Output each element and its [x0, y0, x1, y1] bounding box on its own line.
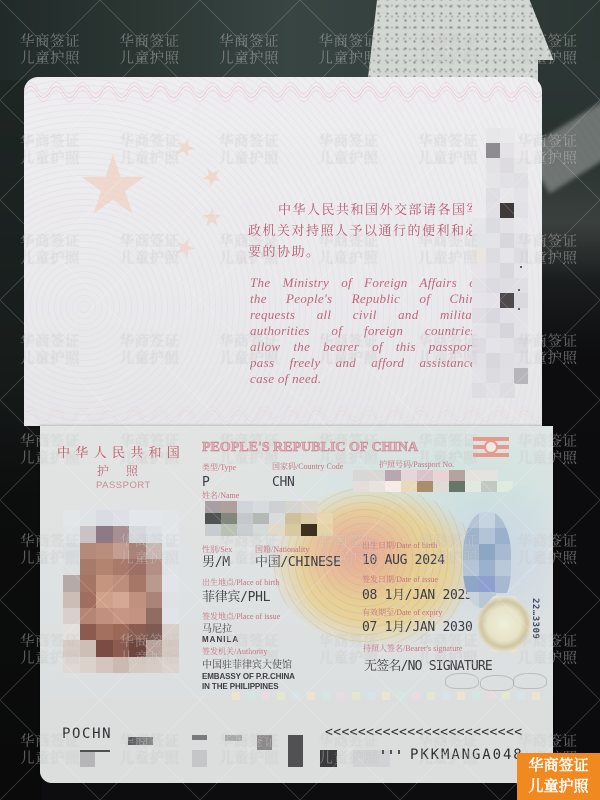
mosaic-cell — [129, 657, 146, 673]
mosaic-cell — [162, 559, 179, 576]
mosaic-cell — [514, 338, 528, 354]
hologram-tile — [307, 692, 315, 700]
mosaic-cell — [96, 575, 113, 592]
mosaic-cell — [472, 218, 487, 234]
mosaic-cell — [96, 608, 113, 625]
mosaic-cell — [162, 657, 179, 673]
mosaic-cell — [221, 524, 238, 536]
mosaic-cell — [385, 470, 402, 482]
mosaic-cell — [301, 524, 318, 536]
mosaic-cell — [237, 524, 254, 536]
mosaic-cell — [146, 575, 163, 592]
field-label-name: 姓名/Name — [202, 491, 239, 500]
mosaic-cell — [80, 640, 97, 657]
mosaic-cell — [472, 308, 487, 324]
mosaic-cell — [486, 308, 501, 324]
mosaic-cell — [514, 158, 528, 174]
hologram-tile — [367, 692, 375, 700]
mosaic-cell — [449, 470, 466, 482]
field-value-place-of-issue-zh: 马尼拉 — [202, 624, 232, 635]
mosaic-cell — [472, 353, 487, 369]
mosaic-cell — [96, 526, 113, 543]
mosaic-cell — [514, 353, 528, 369]
field-value-date-of-birth: 10 AUG 2024 — [362, 554, 445, 568]
mosaic-cell — [472, 368, 487, 384]
mosaic-cell — [129, 510, 146, 527]
mosaic-cell — [417, 481, 434, 492]
mosaic-cell — [500, 173, 515, 189]
mrz-redaction-block — [353, 750, 390, 767]
mosaic-cell — [497, 481, 513, 492]
field-value-date-of-expiry: 07 1月/JAN 2030 — [362, 621, 473, 635]
mosaic-cell — [162, 608, 179, 625]
hologram-tile — [232, 692, 240, 700]
mosaic-cell — [113, 575, 130, 592]
hologram-tile — [532, 692, 540, 700]
hologram-tile — [412, 692, 420, 700]
mosaic-cell — [500, 323, 515, 339]
mosaic-cell — [495, 560, 511, 577]
mrz-redaction-block — [192, 735, 207, 740]
mosaic-cell — [63, 559, 80, 576]
mosaic-cell — [162, 526, 179, 543]
mrz-tick-mark — [390, 750, 392, 754]
mosaic-cell — [495, 544, 511, 561]
mosaic-cell — [63, 575, 80, 592]
mosaic-cell — [472, 323, 487, 339]
mosaic-cell — [285, 513, 302, 525]
mosaic-cell — [146, 526, 163, 543]
mosaic-cell — [500, 368, 515, 384]
mosaic-cell — [113, 608, 130, 625]
mosaic-cell — [96, 624, 113, 641]
mosaic-cell — [401, 481, 418, 492]
mosaic-cell — [63, 510, 80, 527]
mosaic-cell — [80, 510, 97, 527]
mosaic-cell — [285, 524, 302, 536]
mosaic-cell — [514, 293, 528, 309]
field-label-sex: 性别/Sex — [202, 545, 232, 554]
name-pixelated — [205, 501, 333, 536]
field-value-authority-en: EMBASSY OF P.R.CHINA — [202, 672, 295, 682]
mosaic-cell — [63, 624, 80, 641]
mosaic-cell — [463, 512, 480, 529]
mosaic-cell — [146, 510, 163, 527]
mosaic-cell — [63, 608, 80, 625]
field-label-date-of-expiry: 有效期至/Date of expiry — [362, 608, 442, 617]
mosaic-cell — [472, 293, 487, 309]
mosaic-cell — [221, 501, 238, 513]
mosaic-cell — [514, 143, 528, 159]
mosaic-cell — [80, 543, 97, 560]
request-text-en-line: case of need. — [250, 371, 476, 386]
document-type-zh: 护照 — [97, 462, 155, 479]
hologram-tile — [247, 692, 255, 700]
field-label-signature: 持照人签名/Bearer's signature — [363, 644, 462, 653]
mosaic-cell — [113, 624, 130, 641]
mosaic-cell — [96, 543, 113, 560]
badge-line2: 儿童护照 — [517, 776, 600, 797]
mosaic-cell — [113, 526, 130, 543]
mosaic-cell — [129, 640, 146, 657]
mosaic-cell — [369, 481, 386, 492]
mosaic-cell — [514, 188, 528, 204]
passport-data-page: 中华人民共和国 PEOPLE'S REPUBLIC OF CHINA 护照 PA… — [40, 426, 553, 783]
mosaic-cell — [205, 513, 222, 525]
field-value-authority-zh: 中国驻菲律宾大使馆 — [202, 660, 292, 671]
mosaic-cell — [221, 513, 238, 525]
mosaic-cell — [486, 143, 501, 159]
request-text-en-line: pass freely and afford assistance — [250, 355, 476, 370]
mosaic-cell — [63, 640, 80, 657]
field-label-place-of-birth: 出生地点/Place of birth — [202, 578, 279, 587]
mosaic-cell — [514, 218, 528, 234]
mosaic-cell — [80, 575, 97, 592]
field-value-type: P — [202, 476, 210, 490]
passport-observation-page: 中华人民共和国外交部请各国军 政机关对持照人予以通行的便利和必 要的协助。 Th… — [24, 77, 542, 426]
mrz-tick-mark — [398, 750, 400, 754]
mosaic-cell — [129, 526, 146, 543]
mosaic-cell — [80, 559, 97, 576]
mosaic-cell — [500, 158, 515, 174]
mosaic-cell — [479, 576, 496, 593]
mosaic-cell — [96, 592, 113, 609]
mosaic-cell — [129, 543, 146, 560]
mosaic-cell — [481, 481, 498, 492]
mosaic-cell — [500, 383, 515, 398]
mrz-line1-prefix: POCHN — [62, 726, 112, 742]
mosaic-cell — [129, 592, 146, 609]
mrz-redaction-block — [128, 737, 153, 745]
field-label-date-of-issue: 签发日期/Date of issue — [362, 575, 438, 584]
mosaic-cell — [80, 657, 97, 673]
mosaic-cell — [486, 158, 501, 174]
mosaic-cell — [205, 524, 222, 536]
mosaic-cell — [317, 513, 333, 525]
hologram-tile — [487, 692, 495, 700]
hologram-tile — [262, 692, 270, 700]
mosaic-cell — [514, 203, 528, 219]
mosaic-cell — [472, 263, 487, 279]
mosaic-cell — [500, 218, 515, 234]
request-text-zh-line: 政机关对持照人予以通行的便利和必 — [248, 224, 480, 239]
field-label-authority: 签发机关/Authority — [202, 647, 267, 656]
pixelated-strip — [472, 128, 528, 398]
field-value-place-of-birth: 菲律宾/PHL — [202, 591, 270, 605]
mosaic-cell — [486, 203, 501, 219]
mosaic-cell — [486, 383, 501, 398]
guilloche-band-bottom — [24, 403, 542, 426]
hologram-tile — [517, 692, 525, 700]
field-value-place-of-issue-en: MANILA — [202, 635, 239, 645]
mosaic-cell — [96, 657, 113, 673]
mosaic-cell — [500, 188, 515, 204]
passport-no-pixelated — [353, 470, 513, 492]
mosaic-cell — [495, 576, 511, 593]
request-text-zh-line: 要的协助。 — [248, 245, 321, 260]
mosaic-cell — [63, 657, 80, 673]
mosaic-cell — [514, 368, 528, 384]
mosaic-cell — [463, 528, 480, 545]
request-text-en-line: The Ministry of Foreign Affairs o — [250, 275, 476, 290]
mosaic-cell — [481, 470, 498, 482]
hologram-vehicle-icon — [513, 673, 547, 689]
strip-dot — [520, 266, 522, 268]
mosaic-cell — [301, 513, 318, 525]
mosaic-cell — [113, 657, 130, 673]
mosaic-cell — [63, 526, 80, 543]
field-value-date-of-issue: 08 1月/JAN 2025 — [362, 589, 473, 603]
mosaic-cell — [146, 608, 163, 625]
mosaic-cell — [433, 470, 450, 482]
mosaic-cell — [146, 543, 163, 560]
ghost-image-pixelated — [463, 512, 511, 608]
request-text-zh-line: 中华人民共和国外交部请各国军 — [278, 203, 481, 218]
hologram-tile — [472, 692, 480, 700]
mrz-line1-filler: <<<<<<<<<<<<<<<<<<<<<<<< — [325, 725, 522, 740]
hologram-tile — [277, 692, 285, 700]
mrz-tick-mark — [382, 750, 384, 754]
mosaic-cell — [500, 143, 515, 159]
mosaic-cell — [463, 560, 480, 577]
mosaic-cell — [449, 481, 466, 492]
field-label-place-of-issue: 签发地点/Place of issue — [202, 612, 280, 621]
mosaic-cell — [96, 510, 113, 527]
mosaic-cell — [301, 501, 318, 513]
flag-stars-icon — [24, 77, 284, 297]
mosaic-cell — [205, 501, 222, 513]
mosaic-cell — [162, 624, 179, 641]
strip-dot — [518, 308, 520, 310]
hologram-tile — [322, 692, 330, 700]
country-name-en: PEOPLE'S REPUBLIC OF CHINA — [202, 440, 418, 456]
mosaic-cell — [514, 323, 528, 339]
mosaic-cell — [353, 470, 370, 482]
mosaic-cell — [162, 592, 179, 609]
mosaic-cell — [486, 188, 501, 204]
mrz-redaction-block — [320, 750, 337, 767]
mosaic-cell — [463, 576, 480, 593]
document-type-en: PASSPORT — [96, 480, 151, 491]
mosaic-cell — [472, 233, 487, 249]
mosaic-cell — [500, 353, 515, 369]
request-text-en-line: the People's Republic of Chin — [250, 291, 476, 306]
watermark-badge: 华商签证 儿童护照 — [517, 753, 600, 800]
mosaic-cell — [472, 278, 487, 294]
mosaic-cell — [514, 173, 528, 189]
mosaic-cell — [479, 512, 496, 529]
mosaic-cell — [486, 233, 501, 249]
mosaic-cell — [500, 233, 515, 249]
mosaic-cell — [500, 278, 515, 294]
mosaic-cell — [146, 624, 163, 641]
hologram-tile — [457, 692, 465, 700]
field-label-date-of-birth: 出生日期/Date of birth — [362, 541, 437, 550]
mosaic-cell — [465, 481, 482, 492]
mosaic-cell — [472, 338, 487, 354]
mosaic-cell — [113, 543, 130, 560]
mosaic-cell — [514, 278, 528, 294]
mosaic-cell — [486, 338, 501, 354]
mosaic-cell — [80, 526, 97, 543]
mosaic-cell — [417, 470, 434, 482]
mosaic-cell — [146, 640, 163, 657]
mosaic-cell — [472, 203, 487, 219]
field-value-signature: 无签名/NO SIGNATURE — [364, 660, 492, 674]
mosaic-cell — [486, 218, 501, 234]
mosaic-cell — [486, 293, 501, 309]
mosaic-cell — [514, 308, 528, 324]
mosaic-cell — [146, 559, 163, 576]
request-text-en-line: requests all civil and militai — [250, 307, 476, 322]
mosaic-cell — [96, 559, 113, 576]
hologram-tile — [382, 692, 390, 700]
holder-photo-pixelated — [63, 510, 179, 673]
mosaic-cell — [80, 592, 97, 609]
field-label-passport-no: 护照号码/Passport No. — [379, 460, 454, 469]
mosaic-cell — [285, 501, 302, 513]
hologram-vehicle-icon — [480, 675, 514, 691]
badge-line1: 华商签证 — [517, 755, 600, 776]
mosaic-cell — [486, 323, 501, 339]
hologram-tile — [427, 692, 435, 700]
mrz-redaction-block — [288, 735, 303, 767]
mosaic-cell — [465, 470, 482, 482]
mosaic-cell — [162, 543, 179, 560]
serial-number-vertical: 22…3309 — [530, 598, 540, 639]
request-text-en-line: allow the bearer of this passport — [250, 339, 476, 354]
mosaic-cell — [253, 524, 270, 536]
mosaic-cell — [253, 513, 270, 525]
mosaic-cell — [269, 524, 286, 536]
field-label-nationality: 国籍/Nationality — [255, 545, 309, 554]
mosaic-cell — [479, 544, 496, 561]
hologram-tile — [352, 692, 360, 700]
mosaic-cell — [317, 524, 333, 536]
field-value-country-code: CHN — [272, 476, 295, 490]
mosaic-cell — [500, 293, 515, 309]
mosaic-cell — [433, 481, 450, 492]
mosaic-cell — [162, 510, 179, 527]
mosaic-cell — [486, 263, 501, 279]
mosaic-cell — [479, 528, 496, 545]
mosaic-cell — [129, 608, 146, 625]
mosaic-cell — [113, 592, 130, 609]
mosaic-cell — [146, 592, 163, 609]
mosaic-cell — [353, 481, 370, 492]
hologram-seal — [478, 596, 530, 652]
mosaic-cell — [80, 608, 97, 625]
mosaic-cell — [486, 173, 501, 189]
mrz-line2-suffix: PKKMANGA048 — [410, 747, 524, 763]
mrz-redaction-block — [192, 750, 207, 767]
biometric-chip-circle — [484, 440, 498, 454]
hologram-tile — [502, 692, 510, 700]
mosaic-cell — [80, 624, 97, 641]
mosaic-cell — [500, 263, 515, 279]
mosaic-cell — [162, 575, 179, 592]
mosaic-cell — [486, 368, 501, 384]
mosaic-cell — [514, 233, 528, 249]
mosaic-cell — [113, 640, 130, 657]
hologram-tile — [442, 692, 450, 700]
mosaic-cell — [479, 560, 496, 577]
mosaic-cell — [162, 640, 179, 657]
mosaic-cell — [486, 353, 501, 369]
field-value-authority-en: IN THE PHILIPPINES — [202, 682, 278, 692]
mrz-redaction-block — [80, 752, 95, 767]
mosaic-cell — [96, 640, 113, 657]
mosaic-cell — [500, 203, 515, 219]
hologram-tile — [292, 692, 300, 700]
mosaic-cell — [369, 470, 386, 482]
mosaic-cell — [500, 128, 515, 144]
mosaic-cell — [113, 510, 130, 527]
hologram-vehicle-icon — [445, 673, 479, 689]
request-text-en-line: authorities of foreign countries — [250, 323, 476, 338]
mosaic-cell — [113, 559, 130, 576]
mosaic-cell — [486, 128, 501, 144]
mosaic-cell — [146, 657, 163, 673]
mrz-redaction-block — [257, 735, 272, 750]
mrz-redaction-block — [225, 735, 242, 741]
hologram-tile — [337, 692, 345, 700]
mosaic-cell — [129, 624, 146, 641]
mosaic-cell — [486, 248, 501, 264]
mosaic-cell — [129, 575, 146, 592]
mosaic-cell — [385, 481, 402, 492]
mosaic-cell — [253, 501, 270, 513]
mosaic-cell — [514, 248, 528, 264]
mosaic-cell — [401, 470, 418, 482]
mosaic-cell — [495, 528, 511, 545]
mosaic-cell — [237, 501, 254, 513]
mosaic-cell — [463, 592, 480, 608]
mosaic-cell — [63, 592, 80, 609]
mosaic-cell — [463, 544, 480, 561]
mosaic-cell — [500, 248, 515, 264]
field-label-country-code: 国家码/Country Code — [272, 462, 343, 471]
mosaic-cell — [495, 512, 511, 529]
mosaic-cell — [486, 278, 501, 294]
mosaic-cell — [63, 543, 80, 560]
field-value-nationality: 中国/CHINESE — [255, 556, 341, 570]
country-name-zh: 中华人民共和国 — [57, 442, 185, 461]
mosaic-cell — [500, 338, 515, 354]
mosaic-cell — [237, 513, 254, 525]
field-label-type: 类型/Type — [202, 463, 236, 472]
biometric-passport-icon — [473, 437, 509, 458]
strip-dot — [518, 289, 520, 291]
field-value-sex: 男/M — [202, 556, 230, 570]
mosaic-cell — [129, 559, 146, 576]
mosaic-cell — [472, 248, 487, 264]
mosaic-cell — [472, 383, 487, 398]
hologram-tile — [397, 692, 405, 700]
mosaic-cell — [269, 513, 286, 525]
mosaic-cell — [500, 308, 515, 324]
mosaic-cell — [269, 501, 286, 513]
